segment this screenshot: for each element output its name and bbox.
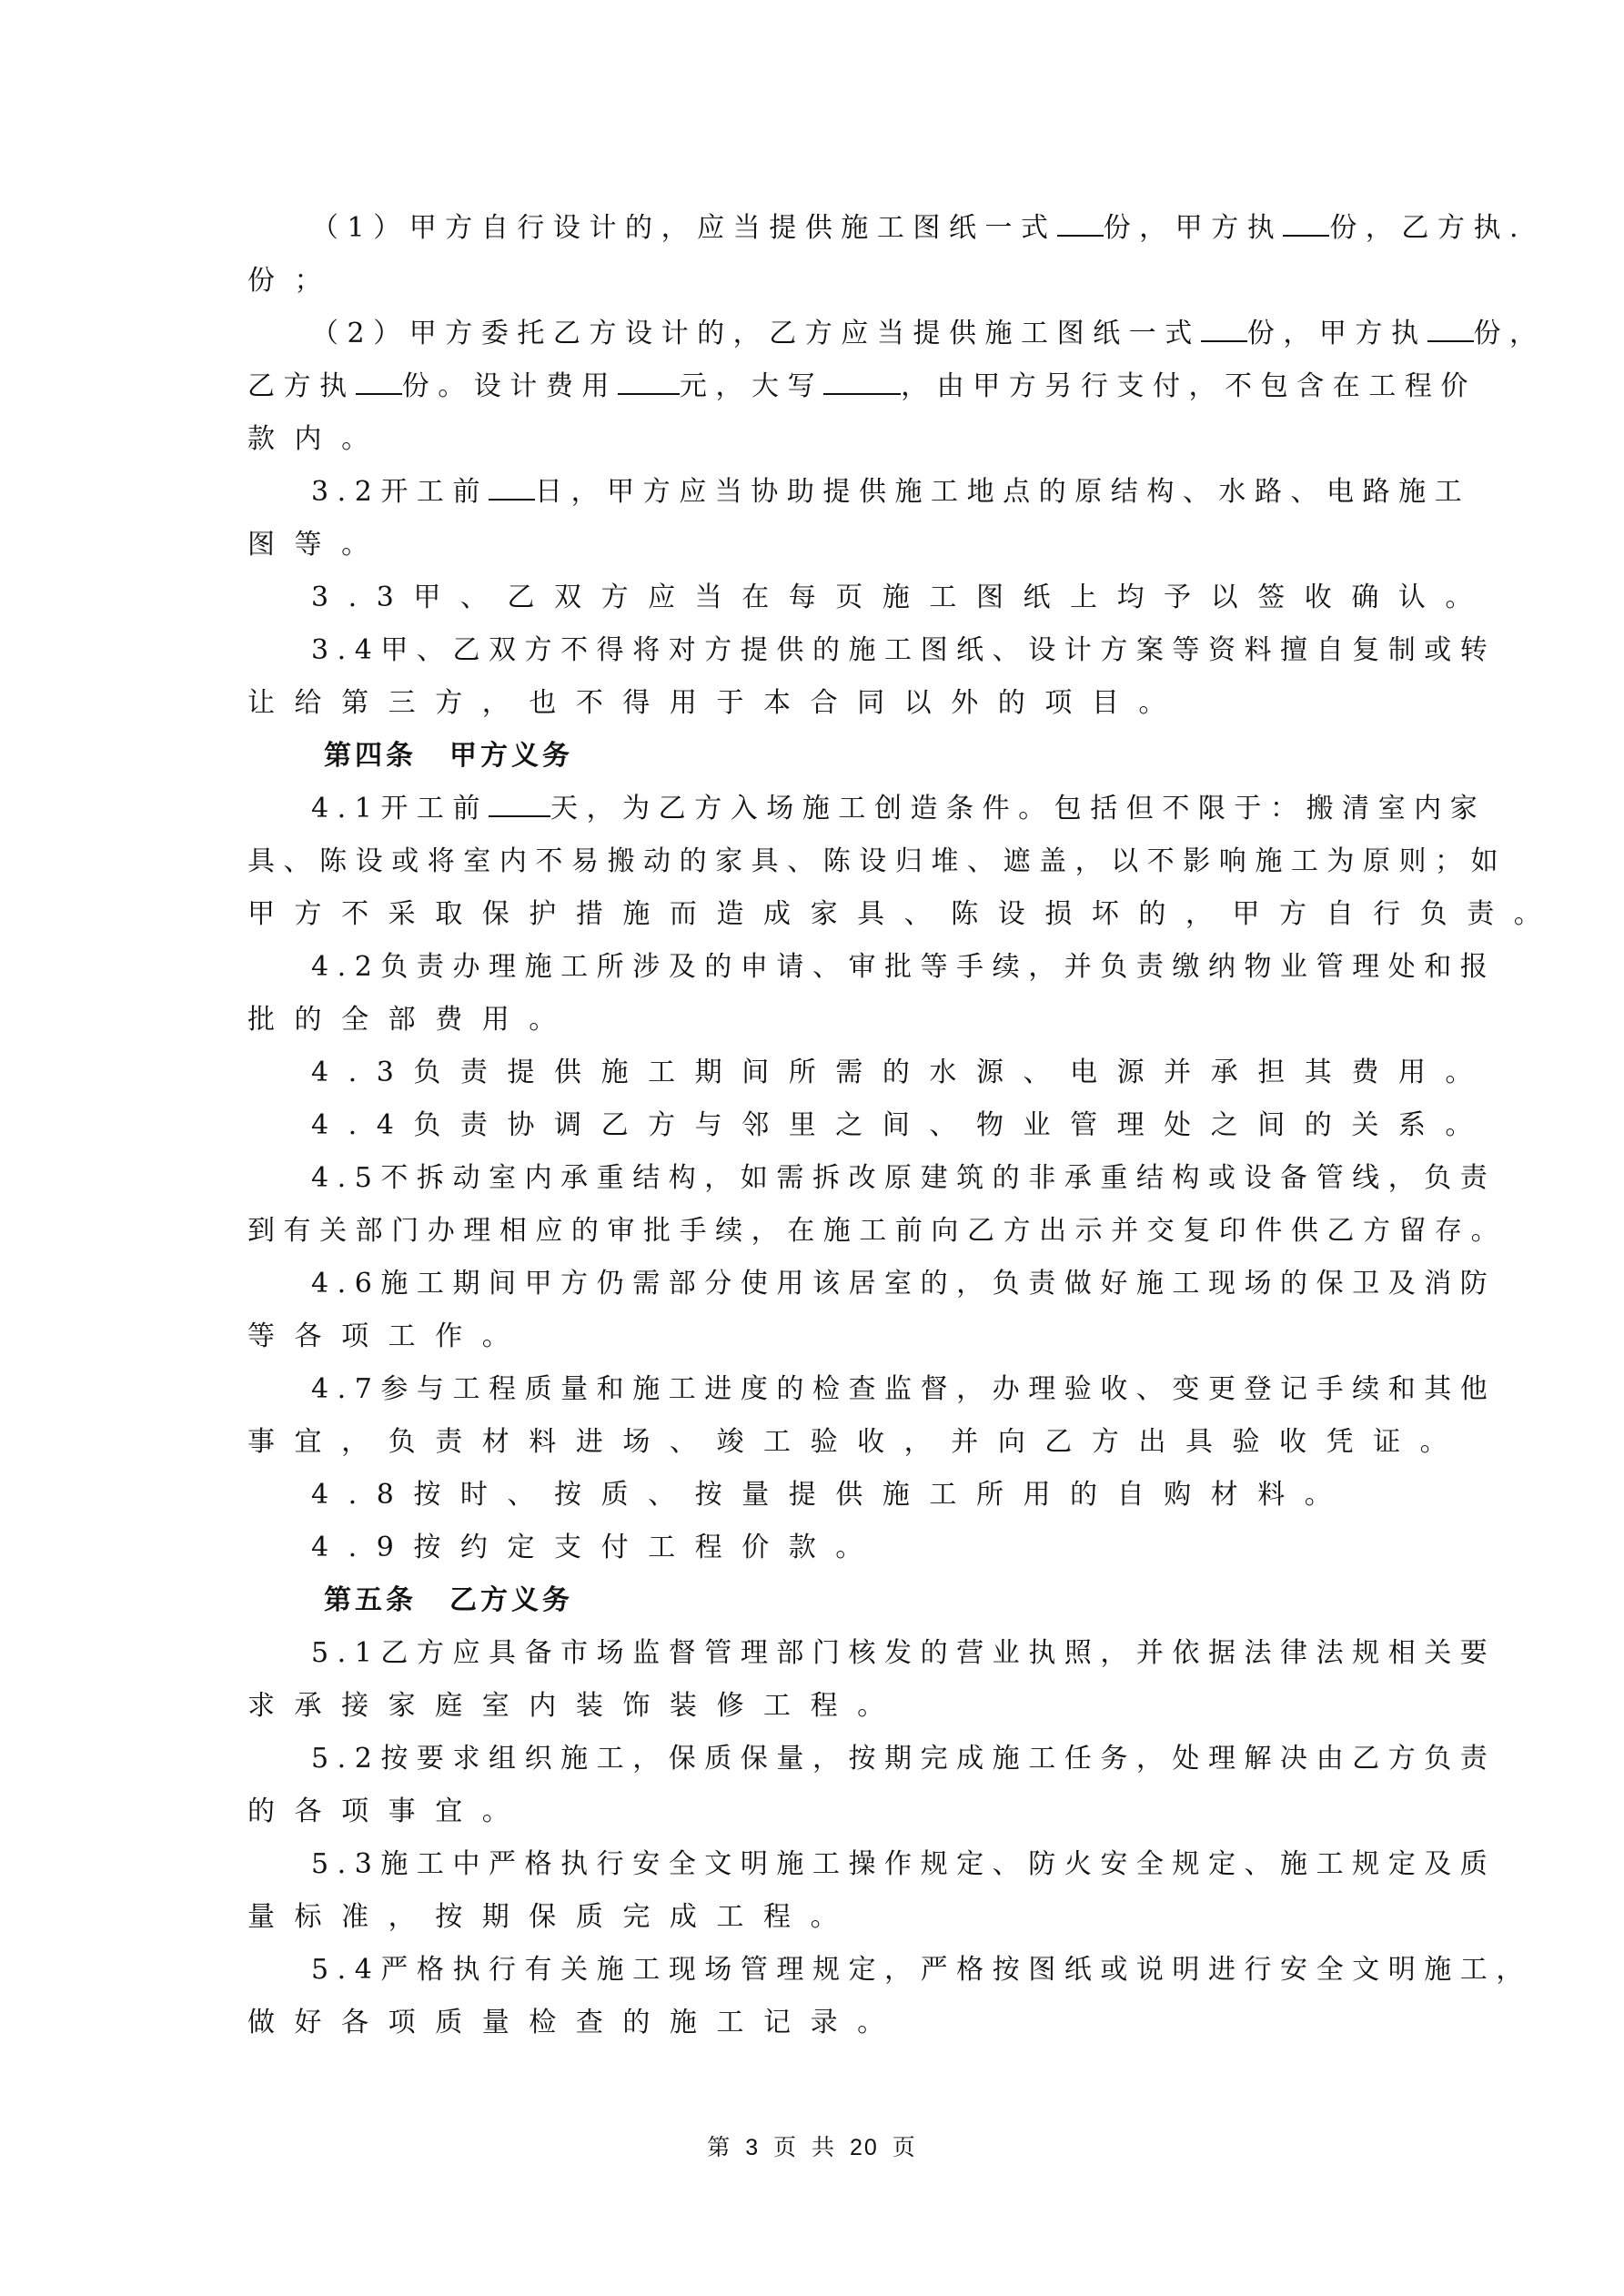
paragraph-line: 份 ； [247,255,1380,308]
section-heading: 第四条甲方义务 [247,730,1380,783]
fill-in-blank [1283,209,1329,237]
fill-in-blank [356,368,402,395]
paragraph-line: 4 . 7 参 与 工 程 质 量 和 施 工 进 度 的 检 查 监 督 ， … [247,1363,1380,1416]
paragraph-line: 5 . 4 严 格 执 行 有 关 施 工 现 场 管 理 规 定 ， 严 格 … [247,1944,1380,1997]
paragraph-line: （ 2 ） 甲 方 委 托 乙 方 设 计 的 ， 乙 方 应 当 提 供 施 … [247,308,1380,360]
paragraph-line: 款 内 。 [247,413,1380,466]
paragraph-line: 的 各 项 事 宜 。 [247,1785,1380,1838]
document-body: （ 1 ） 甲 方 自 行 设 计 的 ， 应 当 提 供 施 工 图 纸 一 … [247,202,1380,2049]
section-heading: 第五条乙方义务 [247,1574,1380,1627]
paragraph-line: 3 . 4 甲 、 乙 双 方 不 得 将 对 方 提 供 的 施 工 图 纸 … [247,624,1380,677]
paragraph-line: 乙 方 执 份 。 设 计 费 用 元 ， 大 写 ， 由 甲 方 另 行 支 … [247,360,1380,413]
paragraph-line: 到 有 关 部 门 办 理 相 应 的 审 批 手 续 ， 在 施 工 前 向 … [247,1205,1380,1258]
paragraph-line: 4 . 8 按 时 、 按 质 、 按 量 提 供 施 工 所 用 的 自 购 … [247,1469,1380,1522]
fill-in-blank [489,473,535,501]
section-number: 第五条 [324,1584,417,1616]
paragraph-line: 4 . 4 负 责 协 调 乙 方 与 邻 里 之 间 、 物 业 管 理 处 … [247,1099,1380,1152]
fill-in-blank [1427,315,1474,342]
paragraph-line: 5 . 1 乙 方 应 具 备 市 场 监 督 管 理 部 门 核 发 的 营 … [247,1627,1380,1680]
paragraph-line: 4 . 3 负 责 提 供 施 工 期 间 所 需 的 水 源 、 电 源 并 … [247,1047,1380,1099]
fill-in-blank [1201,315,1247,342]
fill-in-blank [618,368,680,395]
paragraph-line: 4 . 6 施 工 期 间 甲 方 仍 需 部 分 使 用 该 居 室 的 ， … [247,1258,1380,1310]
paragraph-line: 4 . 2 负 责 办 理 施 工 所 涉 及 的 申 请 、 审 批 等 手 … [247,941,1380,994]
section-number: 第四条 [324,740,417,772]
paragraph-line: 等 各 项 工 作 。 [247,1310,1380,1363]
page-footer: 第 3 页 共 20 页 [0,2129,1624,2162]
paragraph-line: 求 承 接 家 庭 室 内 装 饰 装 修 工 程 。 [247,1680,1380,1733]
paragraph-line: 甲 方 不 采 取 保 护 措 施 而 造 成 家 具 、 陈 设 损 坏 的 … [247,888,1380,941]
paragraph-line: 批 的 全 部 费 用 。 [247,994,1380,1047]
paragraph-line: （ 1 ） 甲 方 自 行 设 计 的 ， 应 当 提 供 施 工 图 纸 一 … [247,202,1380,255]
paragraph-line: 量 标 准 ， 按 期 保 质 完 成 工 程 。 [247,1891,1380,1944]
paragraph-line: 5 . 2 按 要 求 组 织 施 工 ， 保 质 保 量 ， 按 期 完 成 … [247,1733,1380,1785]
paragraph-line: 做 好 各 项 质 量 检 查 的 施 工 记 录 。 [247,1997,1380,2049]
paragraph-line: 3 . 3 甲 、 乙 双 方 应 当 在 每 页 施 工 图 纸 上 均 予 … [247,571,1380,624]
paragraph-line: 4 . 5 不 拆 动 室 内 承 重 结 构 ， 如 需 拆 改 原 建 筑 … [247,1152,1380,1205]
paragraph-line: 事 宜 ， 负 责 材 料 进 场 、 竣 工 验 收 ， 并 向 乙 方 出 … [247,1416,1380,1469]
paragraph-line: 3 . 2 开 工 前 日 ， 甲 方 应 当 协 助 提 供 施 工 地 点 … [247,466,1380,519]
fill-in-blank [489,790,550,817]
section-title: 乙方义务 [449,1584,573,1616]
section-title: 甲方义务 [449,740,573,772]
paragraph-line: 4 . 9 按 约 定 支 付 工 程 价 款 。 [247,1522,1380,1574]
paragraph-line: 具 、 陈 设 或 将 室 内 不 易 搬 动 的 家 具 、 陈 设 归 堆 … [247,835,1380,888]
paragraph-line: 让 给 第 三 方 ， 也 不 得 用 于 本 合 同 以 外 的 项 目 。 [247,677,1380,730]
paragraph-line: 图 等 。 [247,519,1380,571]
paragraph-line: 4 . 1 开 工 前 天 ， 为 乙 方 入 场 施 工 创 造 条 件 。 … [247,783,1380,835]
fill-in-blank [823,368,901,395]
document-page: （ 1 ） 甲 方 自 行 设 计 的 ， 应 当 提 供 施 工 图 纸 一 … [0,0,1624,2296]
paragraph-line: 5 . 3 施 工 中 严 格 执 行 安 全 文 明 施 工 操 作 规 定 … [247,1838,1380,1891]
fill-in-blank [1057,209,1104,237]
